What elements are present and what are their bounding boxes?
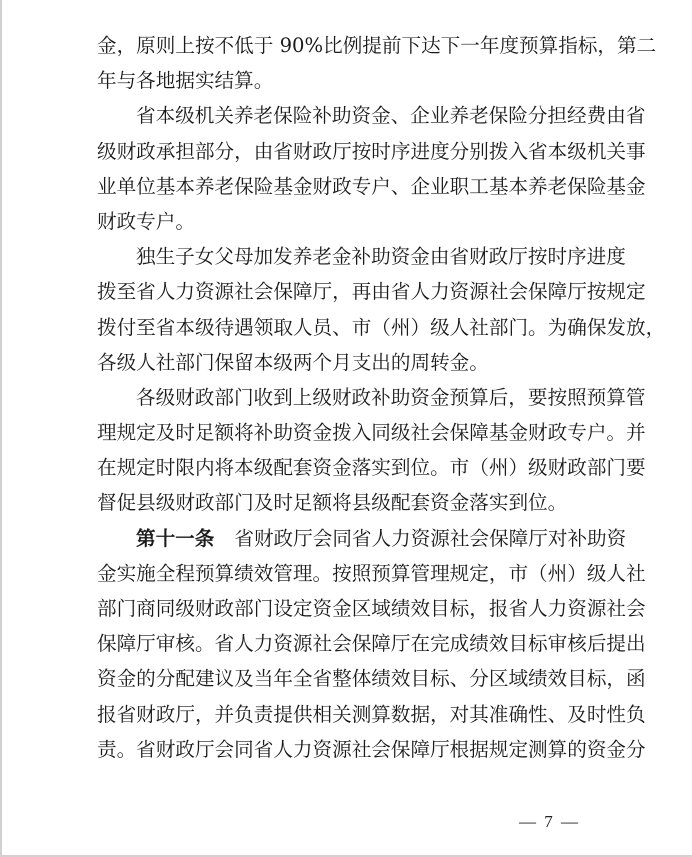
- text-line: 部门商同级财政部门设定资金区域绩效目标，报省人力资源社会: [97, 591, 613, 626]
- text-line: 金实施全程预算绩效管理。按照预算管理规定，市（州）级人社: [97, 556, 613, 591]
- text-line: 级财政承担部分，由省财政厅按时序进度分别拨入省本级机关事: [97, 134, 613, 169]
- text-line: 责。省财政厅会同省人力资源社会保障厅根据规定测算的资金分: [97, 732, 613, 767]
- text-line: 年与各地据实结算。: [97, 63, 613, 98]
- text-line: 拨付至省本级待遇领取人员、市（州）级人社部门。为确保发放，: [97, 310, 613, 345]
- paragraph-start-line: 省本级机关养老保险补助资金、企业养老保险分担经费由省: [97, 98, 613, 133]
- article-first-line-text: 省财政厅会同省人力资源社会保障厅对补助资: [234, 527, 626, 550]
- text-line: 报省财政厅，并负责提供相关测算数据，对其准确性、及时性负: [97, 697, 613, 732]
- document-page: 金，原则上按不低于 90%比例提前下达下一年度预算指标，第二 年与各地据实结算。…: [97, 28, 613, 767]
- text-line: 业单位基本养老保险基金财政专户、企业职工基本养老保险基金: [97, 169, 613, 204]
- text-line: 理规定及时足额将补助资金拨入同级社会保障基金财政专户。并: [97, 415, 613, 450]
- page-number: — 7 —: [519, 812, 580, 832]
- text-line: 保障厅审核。省人力资源社会保障厅在完成绩效目标审核后提出: [97, 626, 613, 661]
- article-heading-line: 第十一条省财政厅会同省人力资源社会保障厅对补助资: [97, 521, 613, 556]
- text-line: 资金的分配建议及当年全省整体绩效目标、分区域绩效目标，函: [97, 661, 613, 696]
- text-line: 在规定时限内将本级配套资金落实到位。市（州）级财政部门要: [97, 450, 613, 485]
- paragraph-start-line: 独生子女父母加发养老金补助资金由省财政厅按时序进度: [97, 239, 613, 274]
- paragraph-start-line: 各级财政部门收到上级财政补助资金预算后，要按照预算管: [97, 380, 613, 415]
- text-line: 金，原则上按不低于 90%比例提前下达下一年度预算指标，第二: [97, 28, 613, 63]
- page-left-edge: [0, 0, 2, 857]
- text-line: 各级人社部门保留本级两个月支出的周转金。: [97, 345, 613, 380]
- article-heading: 第十一条: [136, 527, 214, 550]
- text-line: 督促县级财政部门及时足额将县级配套资金落实到位。: [97, 485, 613, 520]
- text-line: 财政专户。: [97, 204, 613, 239]
- text-line: 拨至省人力资源社会保障厅，再由省人力资源社会保障厅按规定: [97, 274, 613, 309]
